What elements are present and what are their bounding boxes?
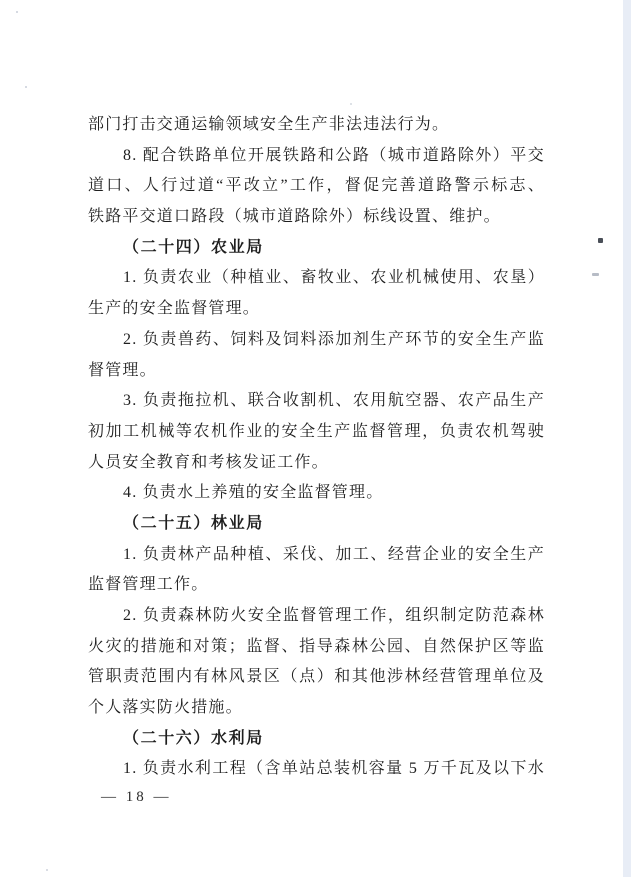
text-line: 督管理。	[88, 356, 545, 387]
text-line: 个人落实防火措施。	[88, 693, 545, 724]
text-line: 人员安全教育和考核发证工作。	[88, 448, 545, 479]
text-line: 2. 负责兽药、饲料及饲料添加剂生产环节的安全生产监	[88, 325, 545, 356]
text-line: 1. 负责林产品种植、采伐、加工、经营企业的安全生产	[88, 540, 545, 571]
text-line: 初加工机械等农机作业的安全生产监督管理，负责农机驾驶	[88, 417, 545, 448]
scan-speckle	[350, 103, 352, 105]
scan-edge-shadow	[623, 0, 631, 877]
text-line: 1. 负责水利工程（含单站总装机容量 5 万千瓦及以下水	[88, 754, 545, 785]
section-heading: （二十四）农业局	[88, 233, 545, 264]
text-line: 8. 配合铁路单位开展铁路和公路（城市道路除外）平交	[88, 141, 545, 172]
text-line: 4. 负责水上养殖的安全监督管理。	[88, 478, 545, 509]
page-number-label: — 18 —	[101, 784, 172, 810]
text-line: 管职责范围内有林风景区（点）和其他涉林经营管理单位及	[88, 662, 545, 693]
text-line: 铁路平交道口路段（城市道路除外）标线设置、维护。	[88, 202, 545, 233]
scan-speckle	[25, 86, 27, 88]
section-heading: （二十六）水利局	[88, 724, 545, 755]
scan-speckle	[592, 273, 599, 276]
scan-speckle	[16, 11, 18, 13]
text-line: 火灾的措施和对策；监督、指导森林公园、自然保护区等监	[88, 632, 545, 663]
text-line: 2. 负责森林防火安全监督管理工作，组织制定防范森林	[88, 601, 545, 632]
scanned-document-page: 部门打击交通运输领域安全生产非法违法行为。8. 配合铁路单位开展铁路和公路（城市…	[0, 0, 631, 877]
text-line: 部门打击交通运输领域安全生产非法违法行为。	[88, 110, 545, 141]
text-line: 1. 负责农业（种植业、畜牧业、农业机械使用、农垦）	[88, 263, 545, 294]
text-line: 3. 负责拖拉机、联合收割机、农用航空器、农产品生产	[88, 386, 545, 417]
section-heading: （二十五）林业局	[88, 509, 545, 540]
document-body: 部门打击交通运输领域安全生产非法违法行为。8. 配合铁路单位开展铁路和公路（城市…	[88, 110, 545, 785]
scan-speckle	[46, 869, 48, 871]
text-line: 监督管理工作。	[88, 570, 545, 601]
scan-speckle	[598, 238, 603, 243]
text-line: 道口、人行过道“平改立”工作，督促完善道路警示标志、	[88, 171, 545, 202]
text-line: 生产的安全监督管理。	[88, 294, 545, 325]
